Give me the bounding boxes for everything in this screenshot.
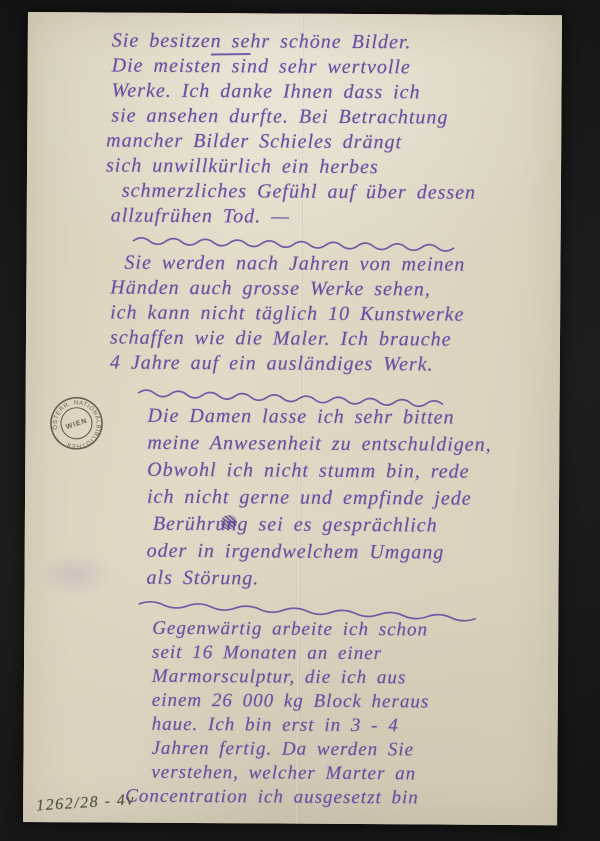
handwriting-line: oder in irgendwelchem Umgang	[147, 538, 492, 567]
handwriting-line: Marmorsculptur, die ich aus	[152, 665, 430, 691]
handwriting-line: Werke. Ich danke Ihnen dass ich	[111, 79, 476, 106]
ink-smudge	[36, 550, 114, 598]
handwriting-line: verstehen, welcher Marter an	[151, 761, 429, 787]
handwriting-line: Sie besitzen sehr schöne Bilder.	[112, 29, 477, 56]
handwriting-line: Obwohl ich nicht stumm bin, rede	[147, 457, 492, 486]
handwriting-line: haue. Ich bin erst in 3 - 4	[152, 713, 430, 739]
handwriting-line: schaffen wie die Maler. Ich brauche	[110, 326, 465, 353]
photo-background: Sie besitzen sehr schöne Bilder. Die mei…	[0, 0, 600, 841]
paragraph-3: Die Damen lasse ich sehr bitten meine An…	[146, 403, 491, 594]
handwriting-line: Die meisten sind sehr wertvolle	[112, 54, 477, 81]
handwriting-line: sie ansehen durfte. Bei Betrachtung	[111, 104, 476, 131]
handwriting-line: seit 16 Monaten an einer	[152, 641, 430, 667]
handwriting-line: als Störung.	[146, 565, 491, 594]
handwriting-line: ich kann nicht täglich 10 Kunstwerke	[110, 301, 465, 328]
handwriting-line: meine Anwesenheit zu entschuldigen,	[147, 430, 492, 459]
handwriting-line: allzufrühen Tod. —	[111, 204, 476, 231]
handwriting-line: 4 Jahre auf ein ausländiges Werk.	[110, 351, 465, 378]
paragraph-1: Sie besitzen sehr schöne Bilder. Die mei…	[111, 29, 477, 231]
handwriting-line: Jahren fertig. Da werden Sie	[151, 737, 429, 763]
handwriting-line: einem 26 000 kg Block heraus	[152, 689, 430, 715]
library-stamp: ÖSTERR. NATIONALBIBLIOTHEK WIEN	[40, 387, 113, 460]
paragraph-4: Gegenwärtig arbeite ich schon seit 16 Mo…	[151, 617, 430, 811]
handwriting-line: Berührung sei es gesprächlich	[153, 511, 492, 540]
handwriting-line: mancher Bilder Schieles drängt	[106, 128, 476, 155]
handwriting-line: Händen auch grosse Werke sehen,	[110, 276, 465, 303]
handwriting-line: Concentration ich ausgesetzt bin	[125, 785, 429, 811]
handwriting-line: Die Damen lasse ich sehr bitten	[147, 403, 492, 432]
paragraph-2: Sie werden nach Jahren von meinen Händen…	[110, 251, 466, 378]
handwriting-line: schmerzliches Gefühl auf über dessen	[122, 179, 476, 206]
letter-page: Sie besitzen sehr schöne Bilder. Die mei…	[23, 12, 562, 825]
handwriting-line: Gegenwärtig arbeite ich schon	[152, 617, 430, 643]
handwriting-line: sich unwillkürlich ein herbes	[106, 153, 476, 180]
archive-number: 1262/28 - 4v	[36, 791, 136, 815]
handwriting-line: ich nicht gerne und empfinde jede	[147, 484, 492, 513]
handwriting-line: Sie werden nach Jahren von meinen	[124, 251, 465, 278]
stamp-center-text: WIEN	[65, 418, 88, 431]
